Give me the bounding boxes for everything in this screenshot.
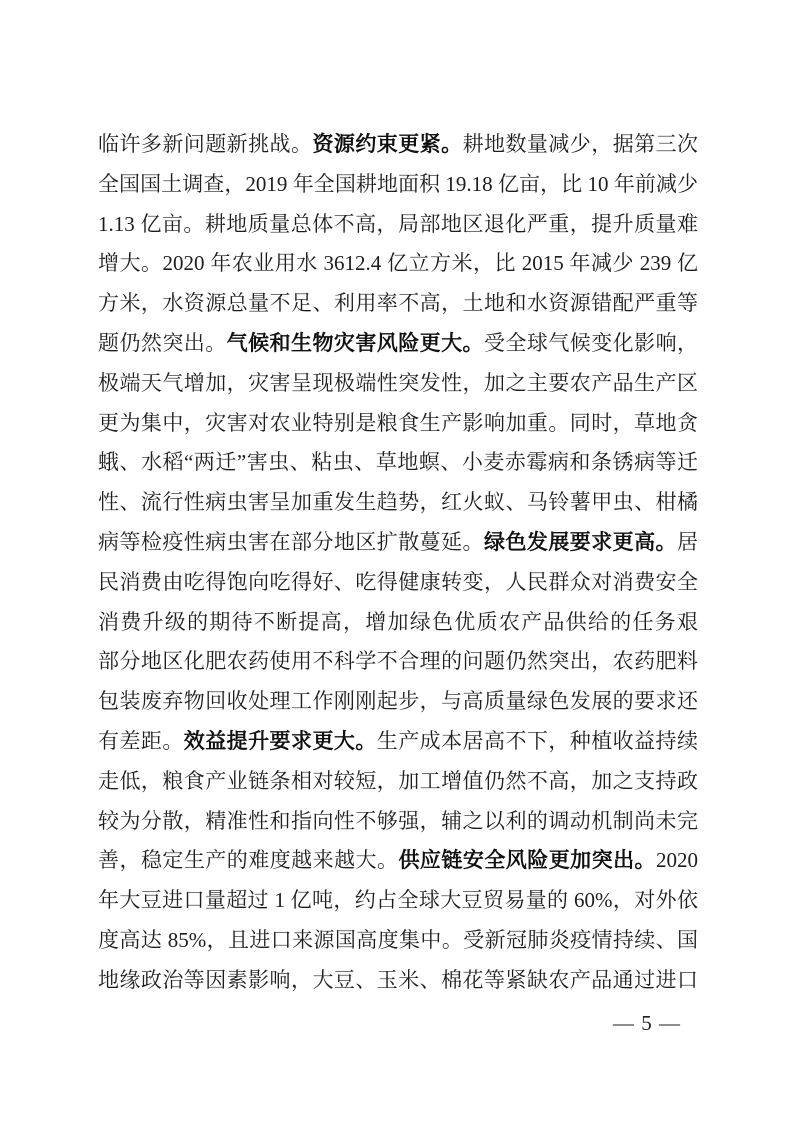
text-segment: 全国国土调查，2019 年全国耕地面积 19.18 亿亩，比 10 年前减少 xyxy=(98,172,698,196)
text-segment: 蛾、水稻“两迁”害虫、粘虫、草地螟、小麦赤霉病和条锈病等迁飞 xyxy=(98,450,698,483)
text-line: 有差距。效益提升要求更大。生产成本居高不下，种植收益持续 xyxy=(98,722,698,762)
text-segment: 民消费由吃得饱向吃得好、吃得健康转变，人民群众对消费安全和 xyxy=(98,570,698,603)
text-segment: 部分地区化肥农药使用不科学不合理的问题仍然突出，农药肥料 xyxy=(98,649,698,673)
text-segment: 包装废弃物回收处理工作刚刚起步，与高质量绿色发展的要求还 xyxy=(98,689,698,713)
text-segment: 题仍然突出。 xyxy=(98,331,227,355)
text-line: 极端天气增加，灾害呈现极端性突发性，加之主要农产品生产区域 xyxy=(98,364,698,404)
text-line: 方米，水资源总量不足、利用率不高，土地和水资源错配严重等问 xyxy=(98,284,698,324)
text-line: 包装废弃物回收处理工作刚刚起步，与高质量绿色发展的要求还 xyxy=(98,682,698,722)
text-line: 年大豆进口量超过 1 亿吨，约占全球大豆贸易量的 60%，对外依存 xyxy=(98,881,698,921)
text-line: 走低，粮食产业链条相对较短，加工增值仍然不高，加之支持政策 xyxy=(98,762,698,802)
text-line: 全国国土调查，2019 年全国耕地面积 19.18 亿亩，比 10 年前减少 xyxy=(98,165,698,205)
text-segment: 生产成本居高不下，种植收益持续 xyxy=(377,729,698,753)
text-segment: 消费升级的期待不断提高，增加绿色优质农产品供给的任务艰巨。 xyxy=(98,610,698,643)
text-segment: 度高达 85%，且进口来源国高度集中。受新冠肺炎疫情持续、国际 xyxy=(98,928,698,961)
bold-heading-segment: 供应链安全风险更加突出。 xyxy=(398,848,656,872)
text-segment: 受全球气候变化影响， xyxy=(484,331,698,355)
text-line: 病等检疫性病虫害在部分地区扩散蔓延。绿色发展要求更高。居 xyxy=(98,523,698,563)
text-segment: 1.13 亿亩。耕地质量总体不高，局部地区退化严重，提升质量难度 xyxy=(98,212,698,245)
bold-heading-segment: 资源约束更紧。 xyxy=(312,132,462,156)
text-line: 题仍然突出。气候和生物灾害风险更大。受全球气候变化影响， xyxy=(98,324,698,364)
text-line: 更为集中，灾害对农业特别是粮食生产影响加重。同时，草地贪夜 xyxy=(98,404,698,444)
text-segment: 方米，水资源总量不足、利用率不高，土地和水资源错配严重等问 xyxy=(98,291,698,324)
text-line: 地缘政治等因素影响，大豆、玉米、棉花等紧缺农产品通过进口保 xyxy=(98,961,698,1001)
text-segment: 性、流行性病虫害呈加重发生趋势，红火蚁、马铃薯甲虫、柑橘黄龙 xyxy=(98,490,698,523)
document-body: 临许多新问题新挑战。资源约束更紧。耕地数量减少，据第三次全国国土调查，2019 … xyxy=(98,125,698,1001)
text-line: 1.13 亿亩。耕地质量总体不高，局部地区退化严重，提升质量难度 xyxy=(98,205,698,245)
text-line: 较为分散，精准性和指向性不够强，辅之以利的调动机制尚未完 xyxy=(98,802,698,842)
text-segment: 耕地数量减少，据第三次 xyxy=(463,132,698,156)
text-segment: 年大豆进口量超过 1 亿吨，约占全球大豆贸易量的 60%，对外依存 xyxy=(98,888,698,921)
text-segment: 病等检疫性病虫害在部分地区扩散蔓延。 xyxy=(98,530,484,554)
text-segment: 临许多新问题新挑战。 xyxy=(98,132,312,156)
text-segment: 地缘政治等因素影响，大豆、玉米、棉花等紧缺农产品通过进口保 xyxy=(98,968,698,1001)
bold-heading-segment: 气候和生物灾害风险更大。 xyxy=(227,331,484,355)
text-segment: 2020 xyxy=(656,848,698,872)
text-segment: 善，稳定生产的难度越来越大。 xyxy=(98,848,398,872)
text-segment: 有差距。 xyxy=(98,729,184,753)
text-line: 民消费由吃得饱向吃得好、吃得健康转变，人民群众对消费安全和 xyxy=(98,563,698,603)
bold-heading-segment: 效益提升要求更大。 xyxy=(184,729,377,753)
text-line: 蛾、水稻“两迁”害虫、粘虫、草地螟、小麦赤霉病和条锈病等迁飞 xyxy=(98,443,698,483)
text-segment: 居 xyxy=(677,530,698,554)
page-number: — 5 — xyxy=(98,1008,681,1038)
text-line: 临许多新问题新挑战。资源约束更紧。耕地数量减少，据第三次 xyxy=(98,125,698,165)
text-segment: 增大。2020 年农业用水 3612.4 亿立方米，比 2015 年减少 239… xyxy=(98,251,698,284)
text-line: 度高达 85%，且进口来源国高度集中。受新冠肺炎疫情持续、国际 xyxy=(98,921,698,961)
bold-heading-segment: 绿色发展要求更高。 xyxy=(484,530,677,554)
document-page: 临许多新问题新挑战。资源约束更紧。耕地数量减少，据第三次全国国土调查，2019 … xyxy=(0,0,794,1123)
text-segment: 更为集中，灾害对农业特别是粮食生产影响加重。同时，草地贪夜 xyxy=(98,411,698,444)
text-segment: 极端天气增加，灾害呈现极端性突发性，加之主要农产品生产区域 xyxy=(98,371,698,404)
text-line: 增大。2020 年农业用水 3612.4 亿立方米，比 2015 年减少 239… xyxy=(98,244,698,284)
text-segment: 走低，粮食产业链条相对较短，加工增值仍然不高，加之支持政策 xyxy=(98,769,698,802)
text-line: 部分地区化肥农药使用不科学不合理的问题仍然突出，农药肥料 xyxy=(98,642,698,682)
text-segment: 较为分散，精准性和指向性不够强，辅之以利的调动机制尚未完 xyxy=(98,809,698,833)
text-line: 性、流行性病虫害呈加重发生趋势，红火蚁、马铃薯甲虫、柑橘黄龙 xyxy=(98,483,698,523)
text-line: 善，稳定生产的难度越来越大。供应链安全风险更加突出。2020 xyxy=(98,841,698,881)
text-line: 消费升级的期待不断提高，增加绿色优质农产品供给的任务艰巨。 xyxy=(98,603,698,643)
